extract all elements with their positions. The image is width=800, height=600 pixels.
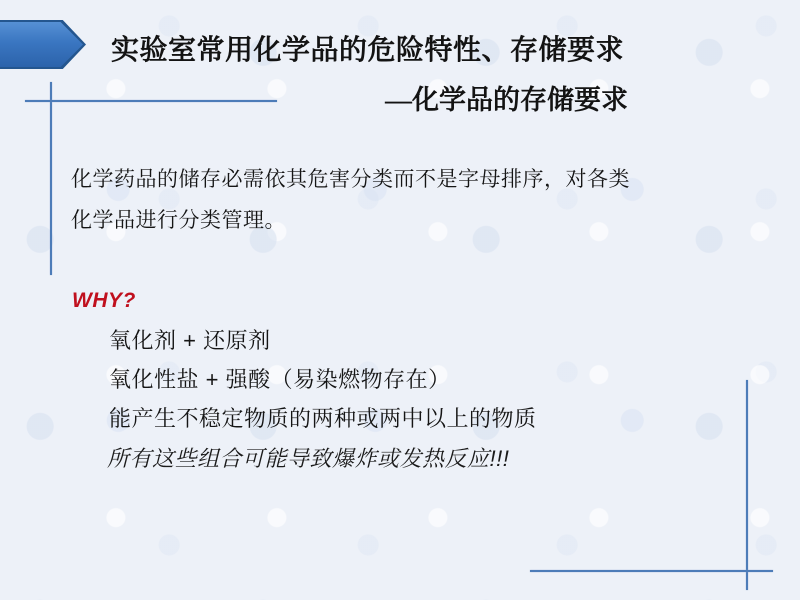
hazard-combination-list: 氧化剂 + 还原剂 氧化性盐 + 强酸（易染燃物存在） 能产生不稳定物质的两种或… [109, 321, 537, 438]
decor-line-topleft-vertical [50, 82, 52, 275]
list-item: 氧化性盐 + 强酸（易染燃物存在） [109, 360, 537, 399]
slide-title: 实验室常用化学品的危险特性、存储要求 [111, 28, 624, 68]
presentation-slide: 实验室常用化学品的危险特性、存储要求 —化学品的存储要求 化学药品的储存必需依其… [0, 0, 800, 600]
intro-paragraph: 化学药品的储存必需依其危害分类而不是字母排序，对各类化学品进行分类管理。 [71, 159, 631, 241]
decor-line-topleft-horizontal [25, 100, 277, 102]
warning-text: 所有这些组合可能导致爆炸或发热反应!!! [107, 439, 509, 478]
list-item: 能产生不稳定物质的两种或两中以上的物质 [109, 399, 537, 438]
why-label: WHY? [72, 289, 136, 313]
right-arrow-icon-fill [0, 22, 83, 67]
slide-subtitle: —化学品的存储要求 [385, 78, 628, 117]
decor-line-bottomright-vertical [746, 380, 748, 590]
decor-line-bottomright-horizontal [530, 570, 773, 572]
list-item: 氧化剂 + 还原剂 [109, 321, 537, 360]
right-arrow-icon [0, 20, 86, 69]
